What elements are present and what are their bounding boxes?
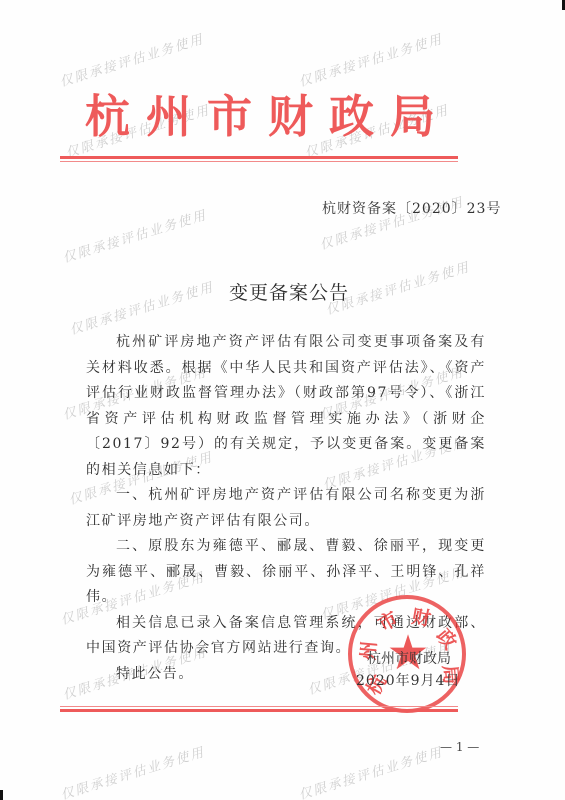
footer-red-rule: [60, 709, 458, 712]
document-title: 变更备案公告: [229, 278, 349, 305]
body-paragraph: 杭州矿评房地产资产评估有限公司变更事项备案及有关材料收悉。根据《中华人民共和国资…: [86, 330, 486, 483]
body-paragraph: 一、杭州矿评房地产资产评估有限公司名称变更为浙江矿评房地产资产评估有限公司。: [86, 483, 486, 534]
signature-date: 2020年9月4日: [356, 670, 460, 690]
footer-red-rule-thin: [60, 706, 458, 707]
scan-edge: [0, 790, 3, 800]
watermark: 仅限承接评估业务使用: [296, 741, 445, 800]
issuer-header: 杭州市财政局: [85, 92, 485, 142]
header-red-rule-thin: [60, 161, 458, 162]
watermark: 仅限承接评估业务使用: [58, 741, 207, 800]
document-page: 仅限承接评估业务使用 仅限承接评估业务使用 仅限承接评估业务使用 仅限承接评估业…: [0, 0, 565, 800]
watermark: 仅限承接评估业务使用: [57, 28, 206, 90]
watermark: 仅限承接评估业务使用: [67, 276, 216, 338]
watermark: 仅限承接评估业务使用: [60, 204, 209, 266]
signature-org: 杭州市财政局: [367, 648, 451, 668]
page-number: — 1 —: [440, 740, 479, 754]
header-red-rule: [60, 156, 458, 159]
watermark: 仅限承接评估业务使用: [296, 28, 445, 90]
seal-char: 财: [410, 602, 433, 632]
document-number: 杭财资备案〔2020〕23号: [322, 198, 501, 218]
